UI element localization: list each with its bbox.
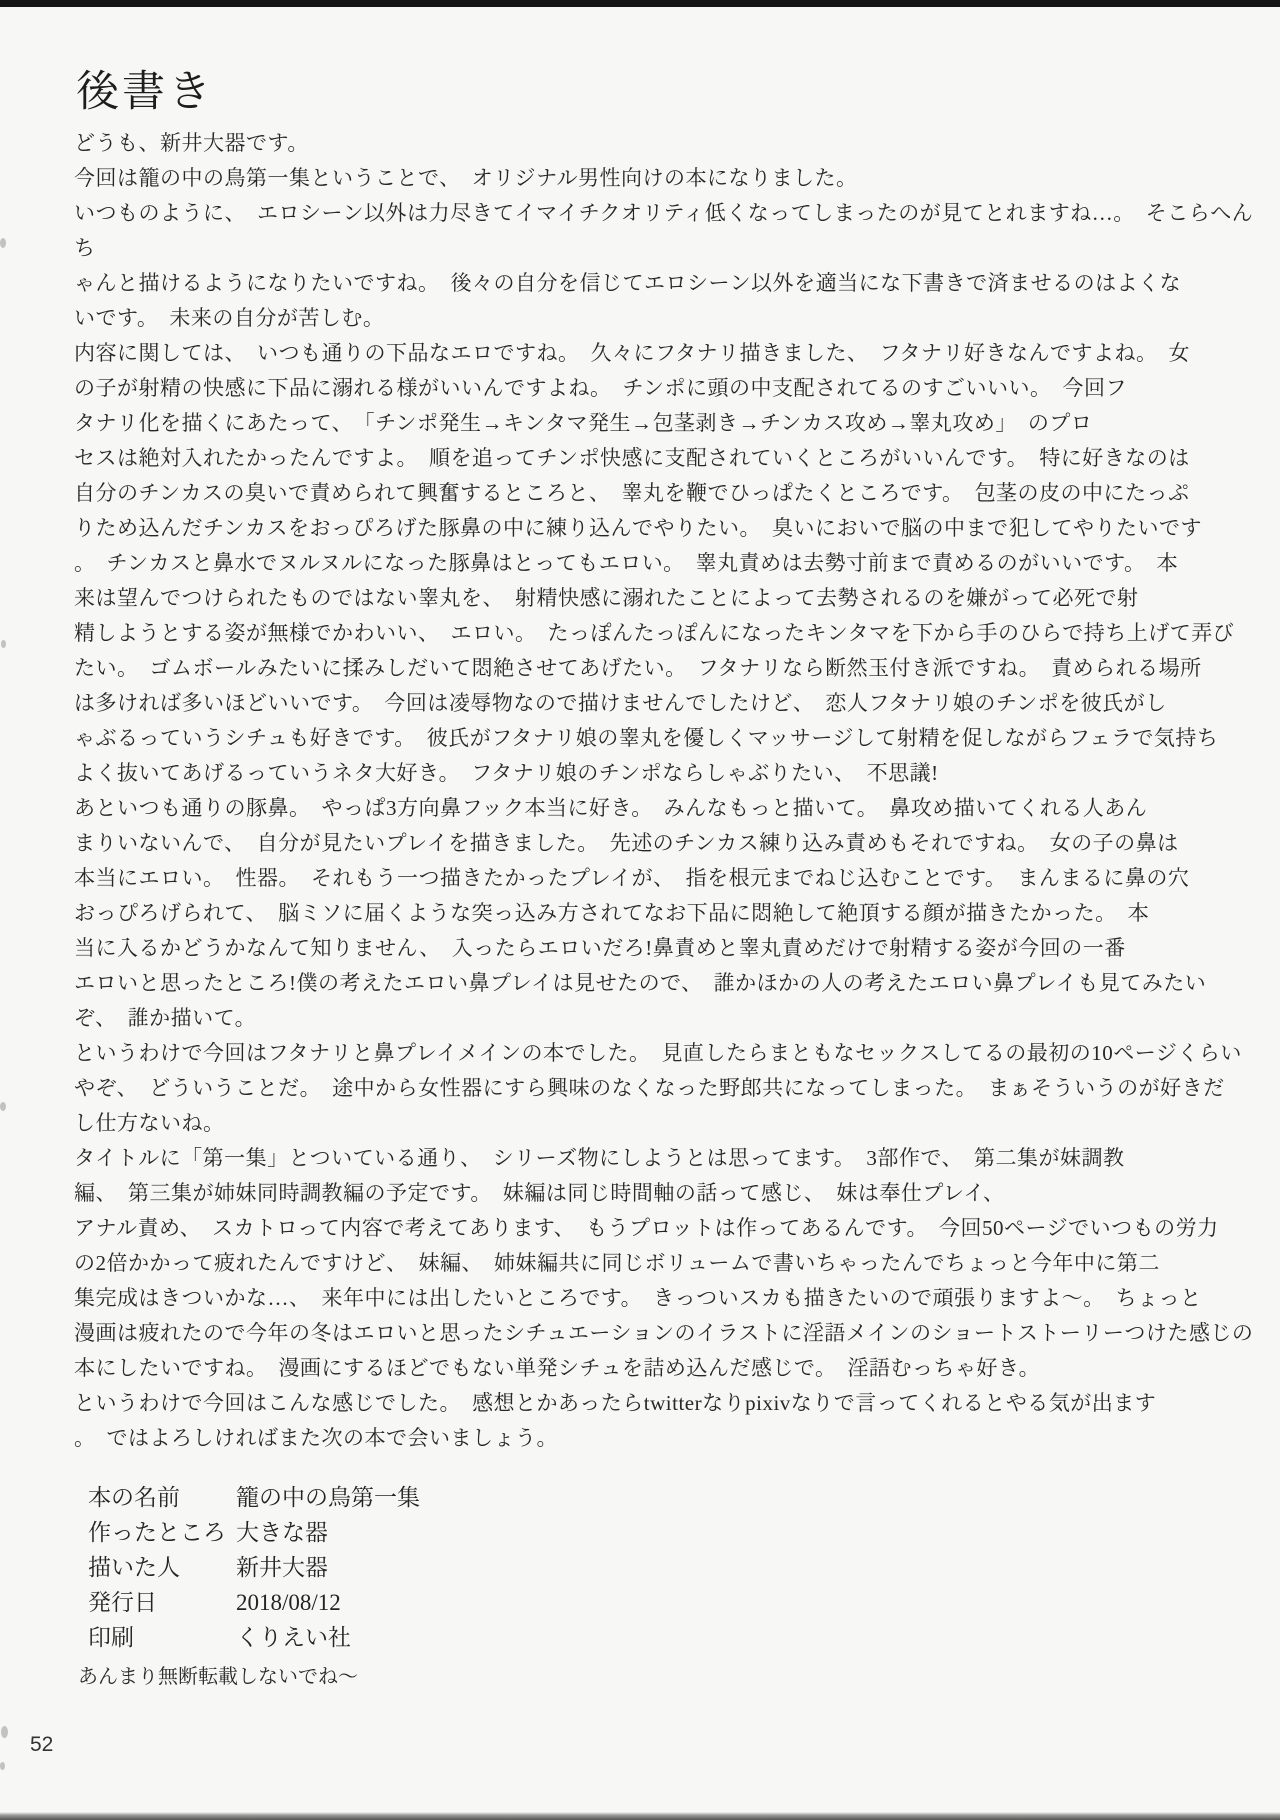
colophon-row-book-title: 本の名前 籠の中の鳥第一集	[88, 1480, 420, 1515]
colophon-row-publish-date: 発行日 2018/08/12	[88, 1585, 420, 1620]
scan-speck	[1, 1726, 8, 1738]
colophon-row-artist: 描いた人 新井大器	[88, 1550, 420, 1585]
colophon-value: 大きな器	[236, 1515, 328, 1550]
colophon-label: 作ったところ	[88, 1515, 236, 1550]
colophon-value: くりえい社	[236, 1620, 351, 1655]
scan-speck	[1, 640, 6, 648]
scan-speck	[0, 1762, 5, 1770]
colophon-value: 新井大器	[236, 1550, 328, 1585]
colophon-label: 描いた人	[88, 1550, 236, 1585]
top-scan-edge	[0, 0, 1280, 7]
bottom-scan-edge	[0, 1812, 1280, 1820]
colophon-value: 2018/08/12	[236, 1585, 341, 1620]
colophon-row-printer: 印刷 くりえい社	[88, 1620, 420, 1655]
colophon-label: 印刷	[88, 1620, 236, 1655]
colophon-note: あんまり無断転載しないでね〜	[78, 1661, 420, 1693]
colophon-label: 発行日	[88, 1585, 236, 1620]
colophon-label: 本の名前	[88, 1480, 236, 1515]
afterword-body: どうも、新井大器です。 今回は籠の中の鳥第一集ということで、 オリジナル男性向け…	[74, 126, 1264, 1456]
scan-page: 後書き どうも、新井大器です。 今回は籠の中の鳥第一集ということで、 オリジナル…	[0, 0, 1280, 1820]
afterword-title: 後書き	[76, 58, 214, 119]
scan-speck	[0, 1102, 6, 1111]
colophon: 本の名前 籠の中の鳥第一集 作ったところ 大きな器 描いた人 新井大器 発行日 …	[88, 1480, 420, 1693]
scan-speck	[0, 238, 6, 248]
colophon-value: 籠の中の鳥第一集	[236, 1480, 420, 1515]
page-number: 52	[30, 1733, 53, 1757]
colophon-row-circle: 作ったところ 大きな器	[88, 1515, 420, 1550]
